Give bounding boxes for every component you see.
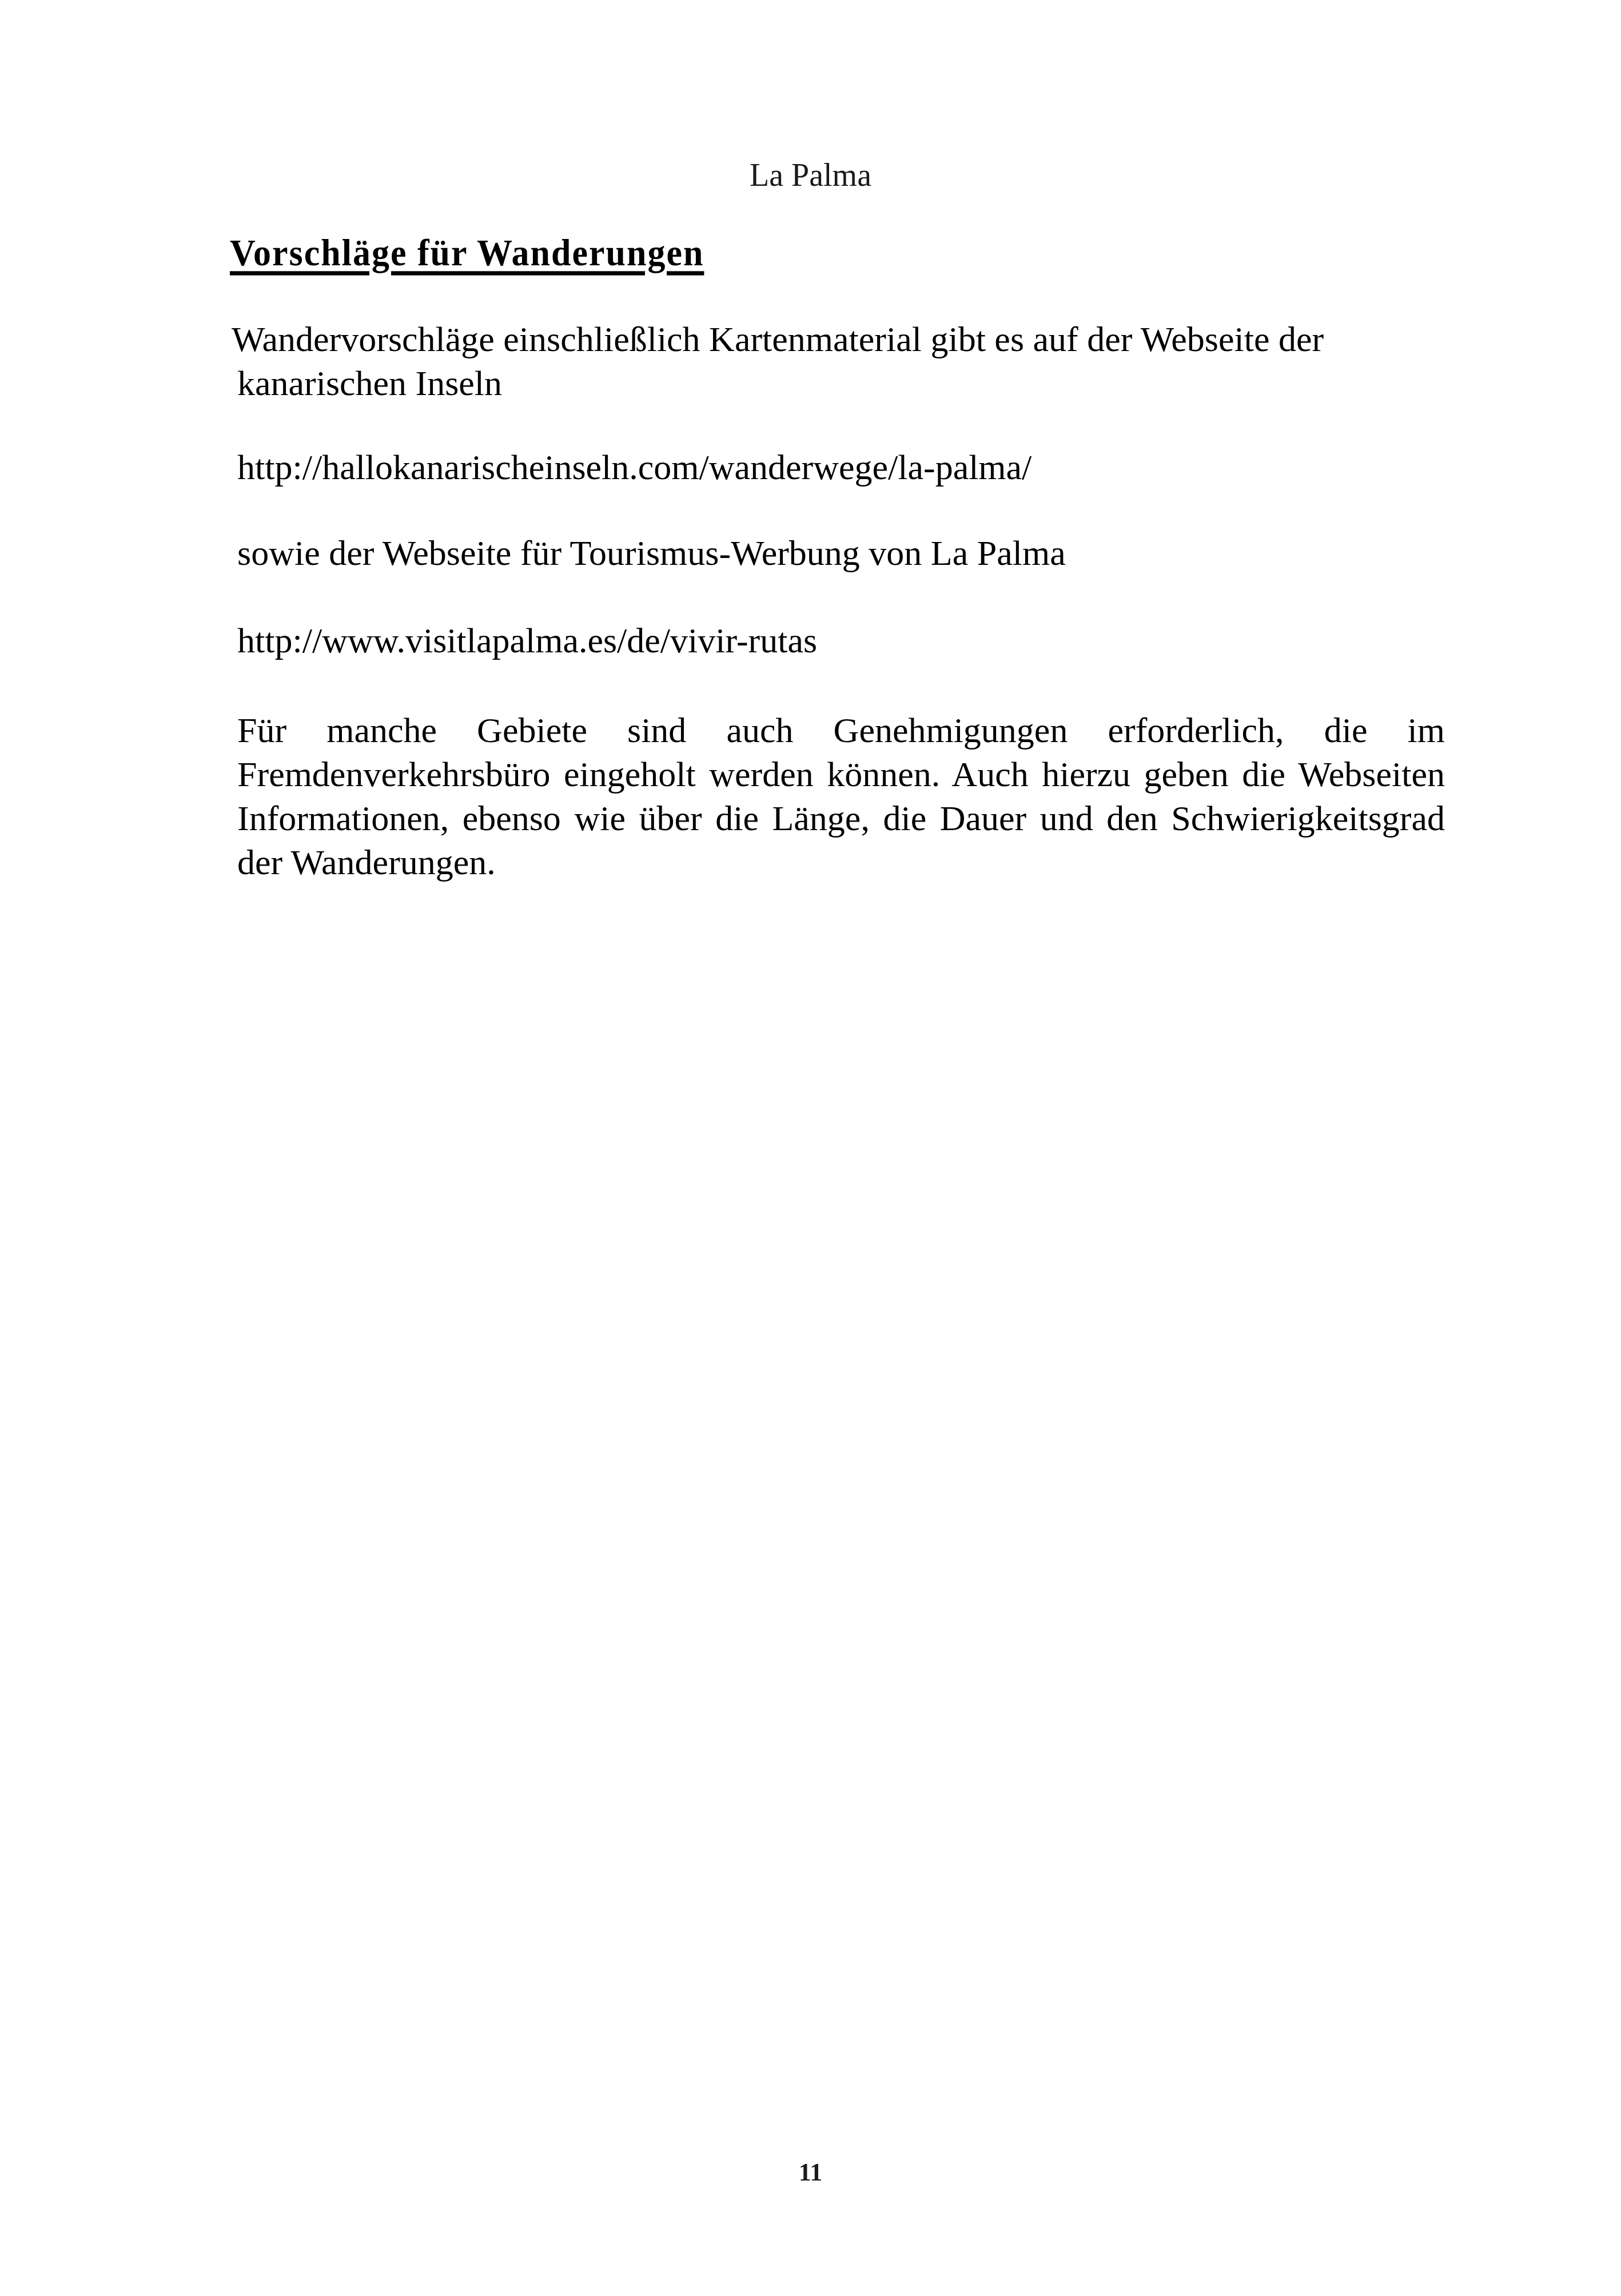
tourism-paragraph: sowie der Webseite für Tourismus-Werbung… — [237, 532, 1066, 576]
intro-paragraph: Wandervorschläge einschließlich Kartenma… — [232, 318, 1455, 406]
running-header: La Palma — [0, 156, 1621, 196]
hallokanarischeinseln-link[interactable]: http://hallokanarischeinseln.com/wanderw… — [237, 448, 1031, 487]
intro-line-1: Wandervorschläge einschließlich Kartenma… — [232, 320, 1324, 359]
link-paragraph-1: http://hallokanarischeinseln.com/wanderw… — [237, 446, 1031, 490]
visitlapalma-link[interactable]: http://www.visitlapalma.es/de/vivir-ruta… — [237, 621, 817, 660]
link-paragraph-2: http://www.visitlapalma.es/de/vivir-ruta… — [237, 619, 817, 663]
permits-paragraph: Für manche Gebiete sind auch Genehmigung… — [237, 709, 1445, 885]
intro-line-2: kanarischen Inseln — [232, 362, 1455, 406]
page-number: 11 — [0, 2158, 1621, 2187]
section-heading: Vorschläge für Wanderungen — [230, 232, 704, 275]
